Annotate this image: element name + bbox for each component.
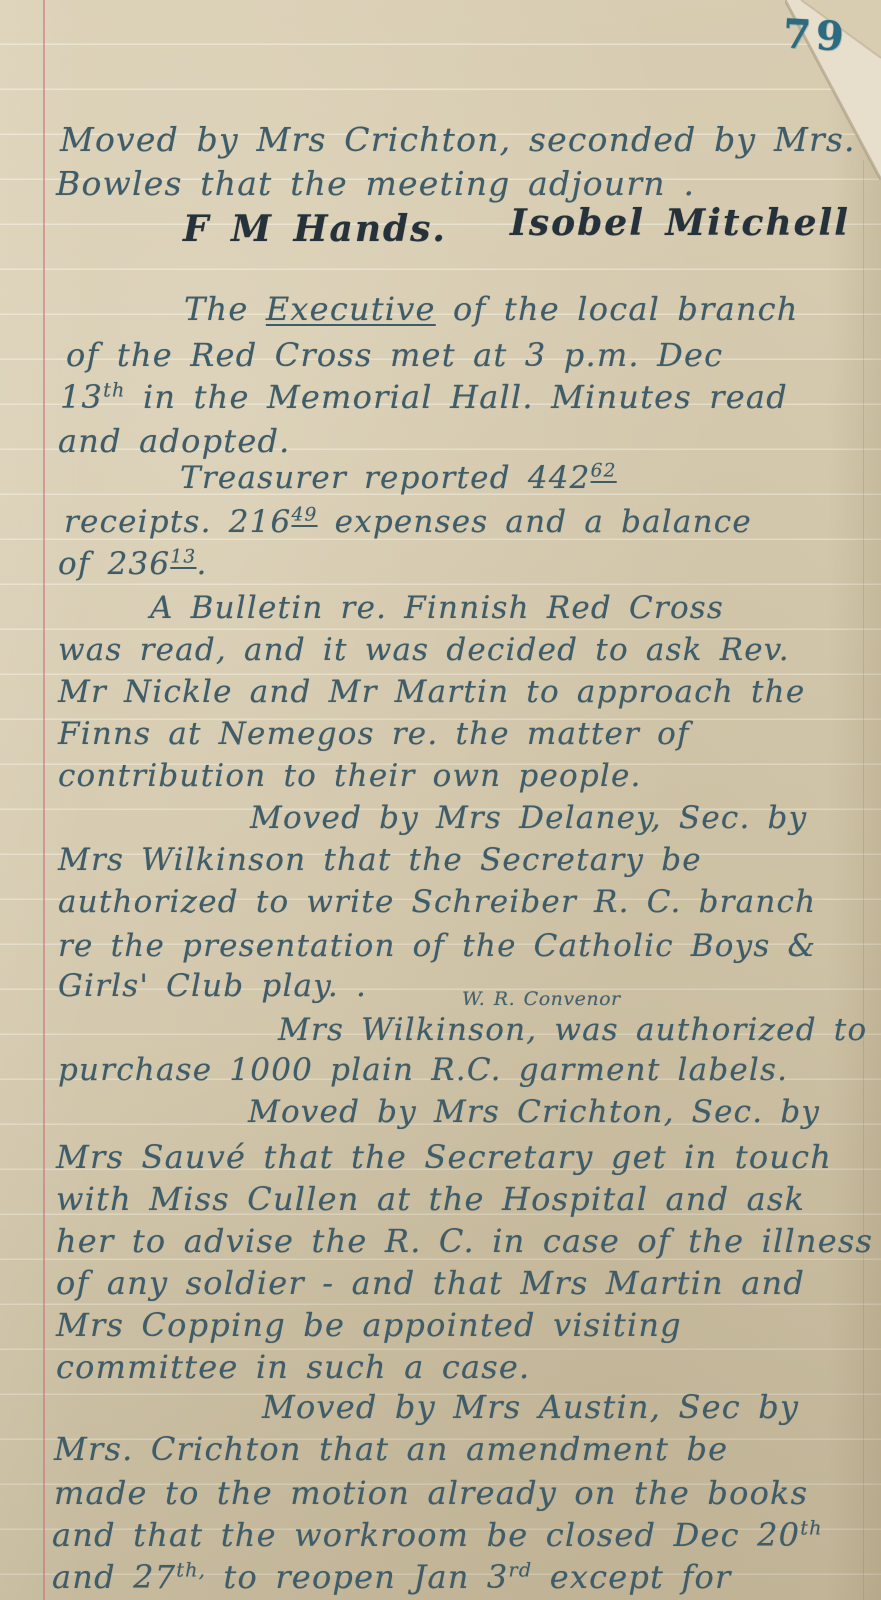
handwritten-text-segment: Moved by Mrs Delaney, Sec. by — [250, 800, 807, 836]
handwritten-text-segment: th — [800, 1516, 822, 1539]
handwritten-text-segment: Executive — [266, 290, 436, 328]
handwritten-text-segment: th — [103, 378, 125, 401]
handwritten-line: Mrs Copping be appointed visiting — [56, 1306, 682, 1344]
handwritten-text-segment: except for — [532, 1558, 731, 1596]
interline-insertion: W. R. Convenor — [462, 988, 621, 1010]
handwritten-text-segment: Mrs Sauvé that the Secretary get in touc… — [56, 1138, 832, 1176]
handwritten-line: Treasurer reported 44262 — [180, 460, 617, 496]
handwritten-text-segment: her to advise the R. C. in case of the i… — [56, 1222, 873, 1260]
handwritten-text-segment: and that the workroom be closed Dec 20 — [52, 1516, 800, 1554]
margin-line — [43, 0, 45, 1600]
handwritten-line: Bowles that the meeting adjourn . — [56, 164, 695, 203]
handwritten-text-segment: purchase 1000 plain R.C. garment labels. — [58, 1052, 788, 1088]
handwritten-text-segment: in the Memorial Hall. Minutes read — [126, 378, 788, 416]
handwritten-line: of any soldier - and that Mrs Martin and — [56, 1264, 805, 1302]
handwritten-line: Mrs Wilkinson that the Secretary be — [58, 842, 702, 878]
handwritten-line: and adopted. — [58, 422, 291, 460]
handwritten-text-segment: 13 — [60, 378, 103, 416]
handwritten-text-segment: rd — [508, 1558, 532, 1581]
handwritten-line: receipts. 21649 expenses and a balance — [64, 504, 752, 540]
handwritten-line: Moved by Mrs Austin, Sec by — [262, 1388, 799, 1426]
handwritten-text-segment: 62 — [591, 461, 617, 482]
handwritten-line: Moved by Mrs Crichton, seconded by Mrs. — [60, 120, 856, 159]
handwritten-text-segment: . — [196, 546, 207, 582]
handwritten-text-segment: authorized to write Schreiber R. C. bran… — [58, 884, 816, 920]
handwritten-text-segment: was read, and it was decided to ask Rev. — [58, 632, 790, 668]
handwritten-text-segment: of 236 — [58, 546, 170, 582]
handwritten-line: A Bulletin re. Finnish Red Cross — [150, 590, 724, 626]
handwritten-text-segment: Isobel Mitchell — [510, 202, 850, 244]
handwritten-line: committee in such a case. — [56, 1348, 530, 1386]
handwritten-line: made to the motion already on the books — [54, 1474, 808, 1512]
handwritten-text-segment: Mr Nickle and Mr Martin to approach the — [58, 674, 805, 710]
handwritten-text-segment: A Bulletin re. Finnish Red Cross — [150, 590, 724, 626]
handwritten-text-segment: th, — [176, 1558, 206, 1581]
handwritten-text-segment: expenses and a balance — [318, 504, 752, 540]
handwritten-text-segment: with Miss Cullen at the Hospital and ask — [56, 1180, 805, 1218]
handwritten-line: was read, and it was decided to ask Rev. — [58, 632, 790, 668]
handwritten-line: with Miss Cullen at the Hospital and ask — [56, 1180, 805, 1218]
signature: Isobel Mitchell — [510, 202, 850, 244]
handwritten-line: Girls' Club play. . — [58, 968, 367, 1004]
signature: F M Hands. — [183, 208, 447, 250]
handwritten-line: Moved by Mrs Crichton, Sec. by — [248, 1094, 820, 1130]
handwritten-text-segment: Treasurer reported 442 — [180, 460, 591, 496]
handwritten-text-segment: committee in such a case. — [56, 1348, 530, 1386]
page-edge-line — [863, 160, 864, 1600]
handwritten-line: The Executive of the local branch — [184, 290, 799, 328]
handwritten-line: Mrs Wilkinson, was authorized to — [278, 1012, 867, 1048]
handwritten-text-segment: Mrs Copping be appointed visiting — [56, 1306, 682, 1344]
handwritten-text-segment: 13 — [170, 547, 196, 568]
handwritten-line: her to advise the R. C. in case of the i… — [56, 1222, 873, 1260]
handwritten-text-segment: Moved by Mrs Crichton, seconded by Mrs. — [60, 120, 856, 159]
handwritten-text-segment: to reopen Jan 3 — [206, 1558, 508, 1596]
handwritten-text-segment: Girls' Club play. . — [58, 968, 367, 1004]
handwritten-line: re the presentation of the Catholic Boys… — [58, 928, 816, 964]
handwritten-line: Moved by Mrs Delaney, Sec. by — [250, 800, 807, 836]
handwritten-text-segment: of any soldier - and that Mrs Martin and — [56, 1264, 805, 1302]
handwritten-line: of the Red Cross met at 3 p.m. Dec — [66, 336, 723, 374]
handwritten-text-segment: F M Hands. — [183, 208, 447, 250]
handwritten-line: Mr Nickle and Mr Martin to approach the — [58, 674, 805, 710]
handwritten-text-segment: contribution to their own people. — [58, 758, 642, 794]
handwritten-text-segment: Moved by Mrs Austin, Sec by — [262, 1388, 799, 1426]
handwritten-text-segment: The — [184, 290, 266, 328]
handwritten-line: of 23613. — [58, 546, 208, 582]
handwritten-text-segment: re the presentation of the Catholic Boys… — [58, 928, 816, 964]
handwritten-line: and 27th, to reopen Jan 3rd except for — [52, 1558, 731, 1596]
handwritten-text-segment: Mrs. Crichton that an amendment be — [54, 1430, 728, 1468]
handwritten-line: Mrs. Crichton that an amendment be — [54, 1430, 728, 1468]
handwritten-line: Finns at Nemegos re. the matter of — [58, 716, 690, 752]
handwritten-text-segment: W. R. Convenor — [462, 988, 621, 1010]
handwritten-text-segment: made to the motion already on the books — [54, 1474, 808, 1512]
handwritten-text-segment: of the Red Cross met at 3 p.m. Dec — [66, 336, 723, 374]
page-number-stamp: 79 — [782, 10, 850, 60]
handwritten-line: purchase 1000 plain R.C. garment labels. — [58, 1052, 788, 1088]
handwritten-line: Mrs Sauvé that the Secretary get in touc… — [56, 1138, 832, 1176]
handwritten-line: and that the workroom be closed Dec 20th — [52, 1516, 823, 1554]
handwritten-text-segment: and 27 — [52, 1558, 176, 1596]
notebook-page: 79 Moved by Mrs Crichton, seconded by Mr… — [0, 0, 881, 1600]
handwritten-line: authorized to write Schreiber R. C. bran… — [58, 884, 816, 920]
handwritten-line: 13th in the Memorial Hall. Minutes read — [60, 378, 788, 416]
handwritten-text-segment: of the local branch — [436, 290, 799, 328]
handwritten-text-segment: Mrs Wilkinson, was authorized to — [278, 1012, 867, 1048]
handwritten-text-segment: Mrs Wilkinson that the Secretary be — [58, 842, 702, 878]
handwritten-text-segment: 49 — [291, 505, 317, 526]
handwritten-line: contribution to their own people. — [58, 758, 642, 794]
handwritten-text-segment: Finns at Nemegos re. the matter of — [58, 716, 690, 752]
handwritten-text-segment: Bowles that the meeting adjourn . — [56, 164, 695, 203]
handwritten-text-segment: receipts. 216 — [64, 504, 291, 540]
handwritten-text-segment: Moved by Mrs Crichton, Sec. by — [248, 1094, 820, 1130]
handwritten-text-segment: and adopted. — [58, 422, 291, 460]
